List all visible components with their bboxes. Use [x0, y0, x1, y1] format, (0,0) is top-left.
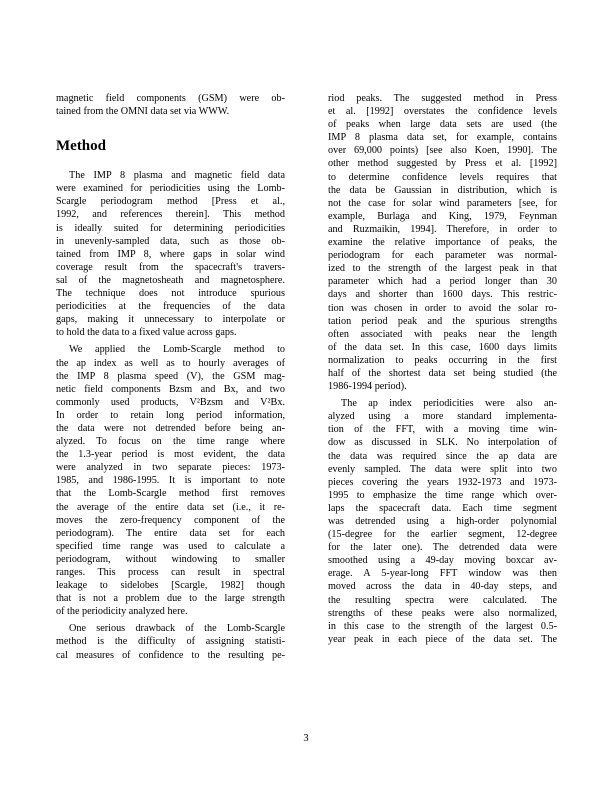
intro-paragraph: magnetic field components (GSM) were ob-…	[56, 92, 285, 118]
text-line: the 1.3-year period is most evident, the…	[56, 448, 285, 461]
text-line: alyzed using a more standard implementa-	[328, 410, 557, 423]
text-line: the data were not detrended before being…	[56, 422, 285, 435]
text-line: days and shorter than 1600 days. This re…	[328, 288, 557, 301]
text-line: pieces covering the years 1932-1973 and …	[328, 476, 557, 489]
section-heading-method: Method	[56, 137, 285, 155]
text-line: Scargle periodogram method [Press et al.…	[56, 195, 285, 208]
text-line: The ap index periodicities were also an-	[328, 397, 557, 410]
text-line: the data be Gaussian in distribution, wh…	[328, 184, 557, 197]
text-line: the resulting spectra were calculated. T…	[328, 594, 557, 607]
paragraph-3: One serious drawback of the Lomb-Scargle…	[56, 622, 285, 661]
text-line: the IMP 8 plasma speed (V), the GSM mag-	[56, 370, 285, 383]
text-line: 1992, and references therein]. This meth…	[56, 208, 285, 221]
text-line: of the periodicity analyzed here.	[56, 605, 285, 618]
text-line: not the case for solar wind parameters […	[328, 197, 557, 210]
text-line: to hold the data to a fixed value across…	[56, 326, 285, 339]
text-line: alyzed. To focus on the time range where	[56, 435, 285, 448]
text-line: examine the relative importance of peaks…	[328, 236, 557, 249]
text-line: specified time range was used to calcula…	[56, 540, 285, 553]
text-line: periodogram). The entire data set for ea…	[56, 527, 285, 540]
text-line: dow as discussed in SLK. No interpolatio…	[328, 436, 557, 449]
text-line: the average of the entire data set (i.e.…	[56, 501, 285, 514]
text-line: half of the shortest data set being stud…	[328, 367, 557, 380]
text-line: erage. A 5-year-long FFT window was then	[328, 567, 557, 580]
text-line: for the later one). The detrended data w…	[328, 541, 557, 554]
text-line: periodicities at the frequencies of the …	[56, 300, 285, 313]
paragraph-2: We applied the Lomb-Scargle method to th…	[56, 343, 285, 618]
text-line: et al. [1992] overstates the confidence …	[328, 105, 557, 118]
text-line: We applied the Lomb-Scargle method to	[56, 343, 285, 356]
text-line: netic field components Bzsm and Bx, and …	[56, 383, 285, 396]
text-line: example, Burlaga and King, 1979, Feynman	[328, 210, 557, 223]
text-line: over 69,000 points) [see also Koen, 1990…	[328, 144, 557, 157]
text-line: strengths of these peaks were also norma…	[328, 607, 557, 620]
text-line: cal measures of confidence to the result…	[56, 649, 285, 662]
text-line: tation period peak and the spurious stre…	[328, 315, 557, 328]
text-line: riod peaks. The suggested method in Pres…	[328, 92, 557, 105]
text-line: ranges. This process can result in spect…	[56, 566, 285, 579]
text-line: 1985, and 1986-1995. It is important to …	[56, 474, 285, 487]
left-column: magnetic field components (GSM) were ob-…	[56, 92, 285, 662]
text-line: tained from the OMNI data set via WWW.	[56, 105, 285, 118]
text-line: ized to the strength of the largest peak…	[328, 262, 557, 275]
text-line: the ap index as well as to hourly averag…	[56, 357, 285, 370]
text-line: that the Lomb-Scargle method first remov…	[56, 487, 285, 500]
text-line: In order to retain long period informati…	[56, 409, 285, 422]
text-line: periodogram, without windowing to smalle…	[56, 553, 285, 566]
text-line: evenly sampled. The data were split into…	[328, 463, 557, 476]
text-line: moved across the data in 40-day steps, a…	[328, 580, 557, 593]
text-line: that is not a problem due to the large s…	[56, 592, 285, 605]
paragraph-4: riod peaks. The suggested method in Pres…	[328, 92, 557, 393]
page-number: 3	[0, 733, 612, 744]
text-line: often associated with peaks near the len…	[328, 328, 557, 341]
right-column: riod peaks. The suggested method in Pres…	[328, 92, 557, 646]
text-line: were analyzed in two separate pieces: 19…	[56, 461, 285, 474]
text-line: were examined for periodicities using th…	[56, 182, 285, 195]
text-line: the data was required since the ap data …	[328, 450, 557, 463]
text-line: in unevenly-sampled data, such as those …	[56, 235, 285, 248]
text-line: year peak in each piece of the data set.…	[328, 633, 557, 646]
text-line: tained from IMP 8, where gaps in solar w…	[56, 248, 285, 261]
text-line: parameter which had a period longer than…	[328, 275, 557, 288]
text-line: periodogram for each parameter was norma…	[328, 249, 557, 262]
text-line: tion was chosen in order to avoid the so…	[328, 302, 557, 315]
text-line: (15-degree for the earlier segment, 12-d…	[328, 528, 557, 541]
text-line: 1995 to emphasize the time range which o…	[328, 489, 557, 502]
text-line: sal of the magnetosheath and magnetosphe…	[56, 274, 285, 287]
text-line: of the data set. In this case, 1600 days…	[328, 341, 557, 354]
text-line: and Ruzmaikin, 1994]. Therefore, in orde…	[328, 223, 557, 236]
text-line: normalization to peaks occurring in the …	[328, 354, 557, 367]
text-line: moves the zero-frequency component of th…	[56, 514, 285, 527]
text-line: One serious drawback of the Lomb-Scargle	[56, 622, 285, 635]
text-line: The technique does not introduce spuriou…	[56, 287, 285, 300]
text-line: leakage to sidelobes [Scargle, 1982] tho…	[56, 579, 285, 592]
text-line: gaps, making it unnecessary to interpola…	[56, 313, 285, 326]
text-line: IMP 8 plasma data set, for example, cont…	[328, 131, 557, 144]
text-line: tion of the FFT, with a moving time win-	[328, 423, 557, 436]
text-line: magnetic field components (GSM) were ob-	[56, 92, 285, 105]
text-line: commonly used products, V²Bzsm and V²Bx.	[56, 396, 285, 409]
text-line: was detrended using a high-order polynom…	[328, 515, 557, 528]
text-line: method is the difficulty of assigning st…	[56, 635, 285, 648]
text-line: smoothed using a 49-day moving boxcar av…	[328, 554, 557, 567]
paragraph-1: The IMP 8 plasma and magnetic field data…	[56, 169, 285, 339]
text-line: 1986-1994 period).	[328, 380, 557, 393]
text-line: The IMP 8 plasma and magnetic field data	[56, 169, 285, 182]
text-line: laps the spacecraft data. Each time segm…	[328, 502, 557, 515]
text-line: to determine confidence levels requires …	[328, 171, 557, 184]
text-line: in this case to the strength of the larg…	[328, 620, 557, 633]
text-line: is ideally suited for determining period…	[56, 222, 285, 235]
text-line: other method suggested by Press et al. […	[328, 157, 557, 170]
text-line: coverage result from the spacecraft's tr…	[56, 261, 285, 274]
text-line: of peaks when large data sets are used (…	[328, 118, 557, 131]
paragraph-5: The ap index periodicities were also an-…	[328, 397, 557, 646]
